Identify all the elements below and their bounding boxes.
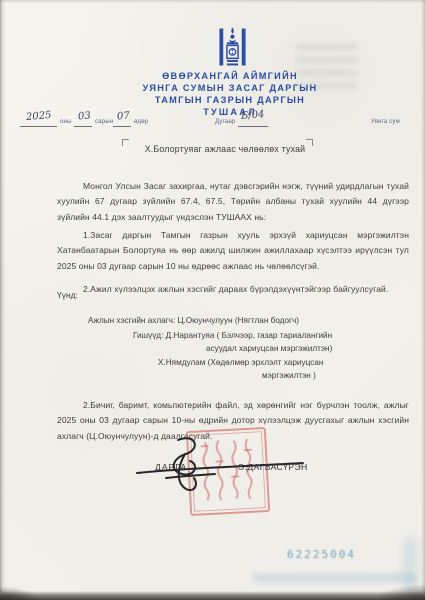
ink-smudge-horizontal xyxy=(252,574,417,582)
committee-member-line-4: мэргэжилтэн ) xyxy=(262,371,316,380)
committee-member-line-2: асуудал хариуцсан мэргэжилтэн) xyxy=(206,344,332,353)
document-title: Х.Болортуяаг ажлаас чөлөөлөх тухай xyxy=(70,144,380,154)
order-item-1: 1.Засаг даргын Тамгын газрын хууль эрхзү… xyxy=(57,228,409,275)
committee-member-line-1: Гишүүд: Д.Нарантуяа ( Бэлчээр, газар тар… xyxy=(133,331,332,340)
signer-name: Э.ДАГВАСҮРЭН xyxy=(238,462,308,472)
number-label: Дугаар xyxy=(215,119,235,125)
intro-paragraph: Монгол Улсын Засаг захиргаа, нутаг дэвсг… xyxy=(57,179,409,226)
handwritten-number: Б/04 xyxy=(241,109,265,122)
handwritten-year: 2025 xyxy=(26,110,52,123)
committee-member-line-3: Х.Нямдулам (Хөдөлмөр эрхлэлт хариуцсан xyxy=(158,358,323,367)
handwritten-day: 07 xyxy=(117,110,131,122)
order-item-2: 2.Ажил хүлээлцэх ажлын хэсгийг дараах бү… xyxy=(57,282,409,298)
org-line-1: ӨВӨРХАНГАЙ АЙМГИЙН xyxy=(30,70,425,82)
handwritten-month: 03 xyxy=(78,110,92,122)
org-line-2: УЯНГА СУМЫН ЗАСАГ ДАРГЫН xyxy=(30,82,425,94)
month-underline xyxy=(74,126,92,127)
location-label: Уянга сум xyxy=(371,119,400,125)
scan-shadow-bottom-right xyxy=(375,584,425,600)
soyombo-emblem-icon xyxy=(219,26,246,68)
month-label: сарын xyxy=(95,119,113,125)
order-item-2-suffix: Үүнд: xyxy=(57,290,78,300)
scan-shadow-bottom-left xyxy=(0,586,40,600)
number-underline xyxy=(238,126,268,127)
scan-edge-left xyxy=(0,0,6,600)
scan-edge-bottom xyxy=(0,591,425,600)
document-page: ӨВӨРХАНГАЙ АЙМГИЙН УЯНГА СУМЫН ЗАСАГ ДАР… xyxy=(0,0,425,600)
serial-number: 62225004 xyxy=(287,548,356,561)
org-line-3: ТАМГЫН ГАЗРЫН ДАРГЫН xyxy=(30,94,425,106)
year-label: оны xyxy=(60,119,72,125)
day-label: өдөр xyxy=(134,119,148,125)
scan-edge-top xyxy=(0,0,425,3)
committee-leader-line: Ажлын хэсгийн ахлагч: Ц.Оюунчулуун (Нягт… xyxy=(88,316,299,325)
year-underline xyxy=(20,126,57,127)
day-underline xyxy=(113,126,131,127)
